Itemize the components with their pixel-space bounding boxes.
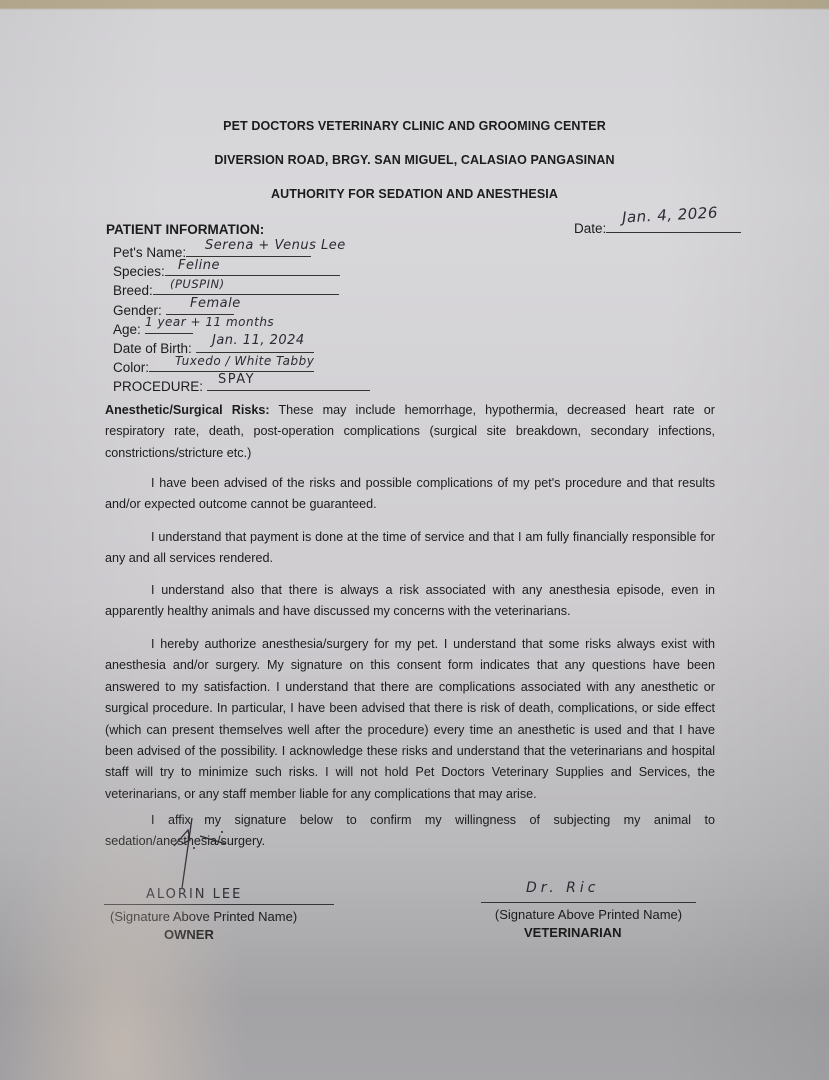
color-value: Tuxedo / White Tabby xyxy=(175,354,314,368)
owner-role: OWNER xyxy=(104,927,334,942)
age-label: Age: xyxy=(113,322,141,337)
date-of-birth-value: Jan. 11, 2024 xyxy=(212,333,305,348)
breed-value: (PUSPIN) xyxy=(170,277,225,291)
species-value: Feline xyxy=(178,258,220,273)
consent-form-page: PET DOCTORS VETERINARY CLINIC AND GROOMI… xyxy=(0,0,829,1080)
owner-printed-name: ALORIN LEE xyxy=(146,887,242,902)
owner-signature-block: (Signature Above Printed Name) OWNER xyxy=(104,904,334,942)
risks-paragraph: Anesthetic/Surgical Risks: These may inc… xyxy=(105,400,715,464)
veterinarian-signature-caption: (Signature Above Printed Name) xyxy=(481,907,696,922)
authorization-paragraph: I hereby authorize anesthesia/surgery fo… xyxy=(105,634,715,805)
risks-label: Anesthetic/Surgical Risks: xyxy=(105,403,270,417)
procedure-label: PROCEDURE: xyxy=(113,379,203,394)
form-title: AUTHORITY FOR SEDATION AND ANESTHESIA xyxy=(0,187,829,201)
color-label: Color: xyxy=(113,360,149,375)
species-field: Species: xyxy=(113,261,340,279)
clinic-name: PET DOCTORS VETERINARY CLINIC AND GROOMI… xyxy=(0,119,829,133)
patient-information-heading: PATIENT INFORMATION: xyxy=(106,222,264,237)
veterinarian-printed-name: Dr. Ric xyxy=(526,880,599,896)
owner-signature-caption: (Signature Above Printed Name) xyxy=(104,909,334,924)
veterinarian-role: VETERINARIAN xyxy=(481,925,696,940)
procedure-value: SPAY xyxy=(218,372,255,387)
owner-signature-line xyxy=(104,904,334,905)
authorization-text: I hereby authorize anesthesia/surgery fo… xyxy=(105,637,715,801)
age-value: 1 year + 11 months xyxy=(145,315,274,329)
payment-text: I understand that payment is done at the… xyxy=(105,530,715,565)
gender-value: Female xyxy=(190,296,241,311)
veterinarian-signature-block: (Signature Above Printed Name) VETERINAR… xyxy=(481,902,696,940)
date-label: Date: xyxy=(574,221,606,236)
pets-name-label: Pet's Name: xyxy=(113,245,186,260)
owner-signature-scribble xyxy=(160,810,260,890)
payment-paragraph: I understand that payment is done at the… xyxy=(105,527,715,570)
advised-text: I have been advised of the risks and pos… xyxy=(105,476,715,511)
clinic-address: DIVERSION ROAD, BRGY. SAN MIGUEL, CALASI… xyxy=(0,153,829,167)
advised-paragraph: I have been advised of the risks and pos… xyxy=(105,473,715,516)
risk-acknowledgement-text: I understand also that there is always a… xyxy=(105,583,715,618)
risk-acknowledgement-paragraph: I understand also that there is always a… xyxy=(105,580,715,623)
pets-name-value: Serena + Venus Lee xyxy=(205,238,346,253)
species-label: Species: xyxy=(113,264,165,279)
veterinarian-signature-line xyxy=(481,902,696,903)
breed-label: Breed: xyxy=(113,283,153,298)
